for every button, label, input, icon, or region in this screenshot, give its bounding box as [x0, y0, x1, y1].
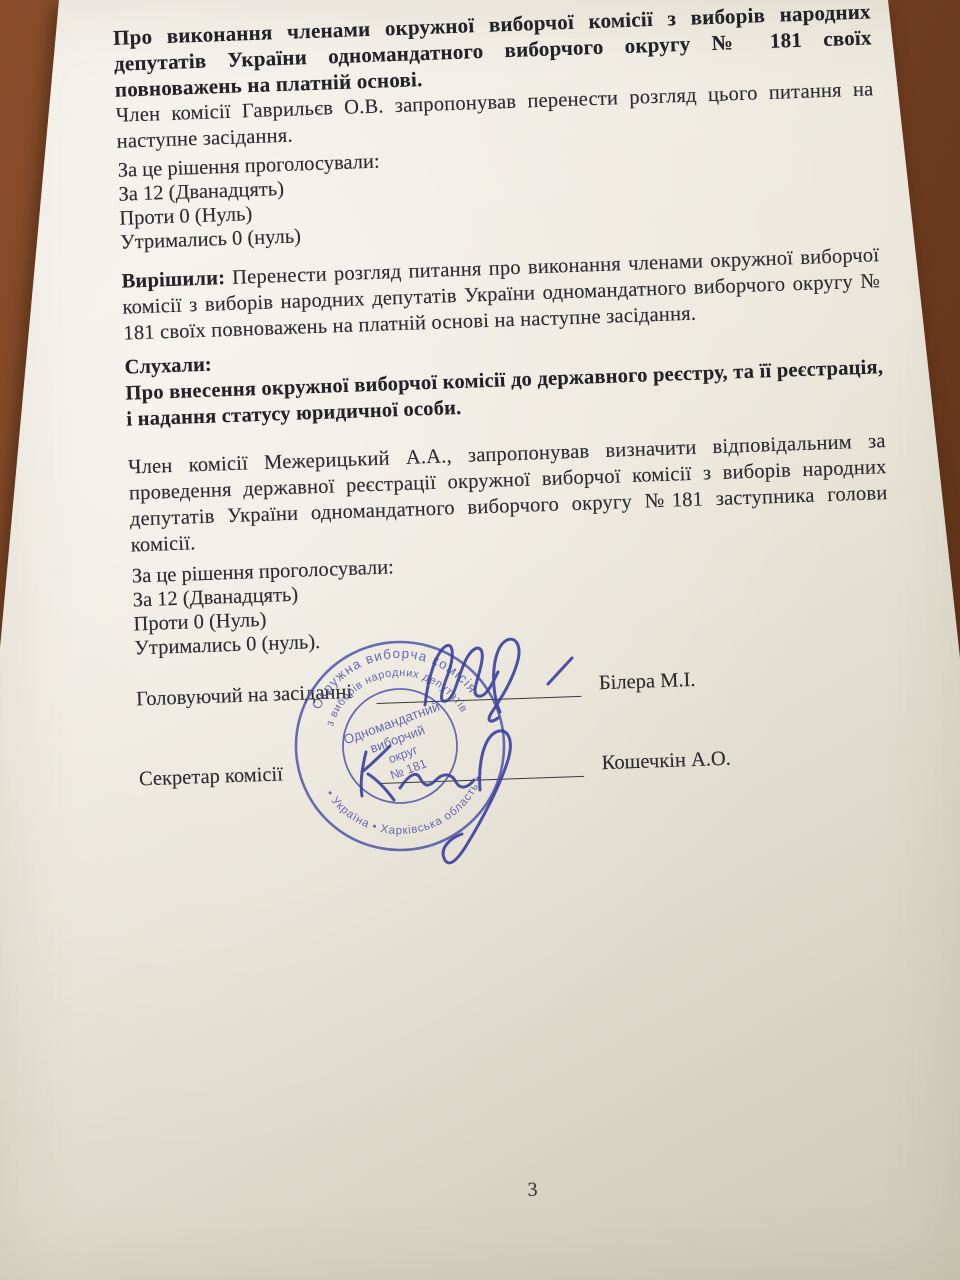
document-content: Про виконання членами окружної виборчої … — [0, 0, 960, 1220]
decision-label: Вирішили: — [121, 267, 225, 293]
vote-block-2: За це рішення проголосували: За 12 (Дван… — [131, 538, 892, 660]
signature-name: Кошечкін А.О. — [601, 746, 731, 776]
decision-text: Перенести розгляд питання про виконання … — [122, 244, 880, 344]
signature-line — [376, 670, 582, 704]
document-paper: Про виконання членами окружної виборчої … — [0, 0, 960, 1280]
member-proposal-2: Член комісії Межерицький А.А., запропону… — [128, 428, 889, 558]
signature-role: Головуючий на засіданні — [136, 678, 377, 712]
photo-scene: Про виконання членами окружної виборчої … — [0, 0, 960, 1280]
signature-row-chairman: Головуючий на засіданні Білера М.І. — [136, 658, 895, 712]
signature-role: Секретар комісії — [139, 758, 380, 792]
signature-name: Білера М.І. — [598, 667, 695, 696]
decision-paragraph: Вирішили:Перенести розгляд питання про в… — [121, 242, 881, 346]
signature-line — [378, 750, 584, 784]
page-number: 3 — [153, 1164, 911, 1216]
signature-row-secretary: Секретар комісії Кошечкін А.О. — [138, 738, 897, 792]
